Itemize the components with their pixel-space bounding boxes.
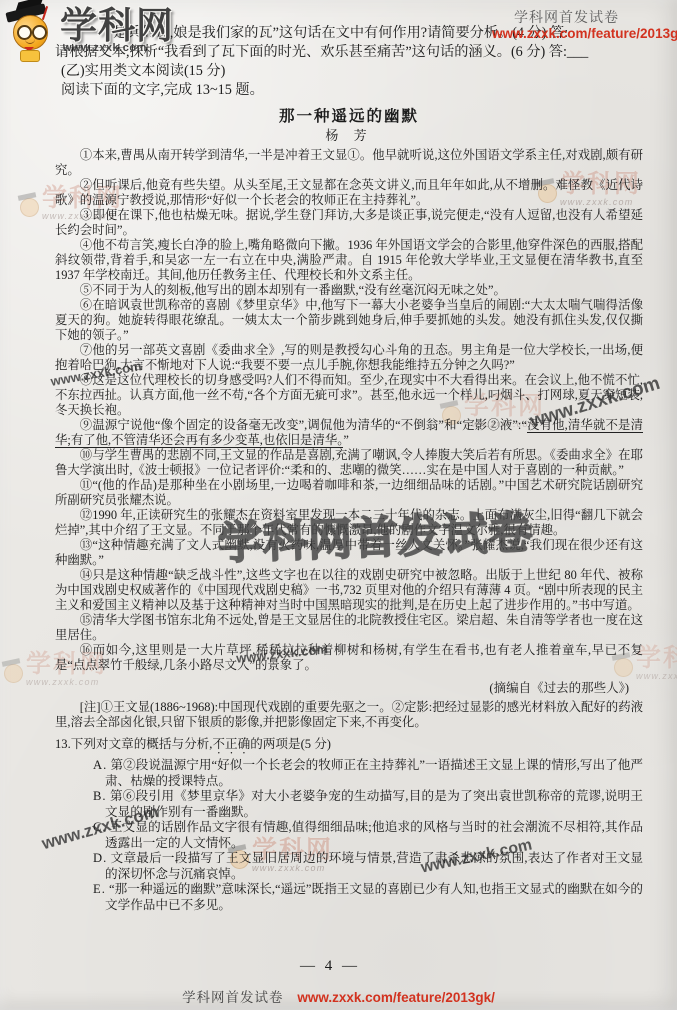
option-label: C. (93, 820, 107, 834)
passage-paragraph: ⑪“(他的作品)是那种坐在小剧场里,一边喝着咖啡和茶,一边细细品味的话剧。”中国… (55, 478, 643, 508)
passage-paragraph: ⑯而如今,这里则是一大片草坪,稀稀拉拉种着柳树和杨树,有学生在看书,也有老人推着… (55, 643, 643, 673)
passage-paragraph: ③即便在课下,他也枯燥无味。据说,学生登门拜访,大多是谈正事,说完便走,“没有人… (55, 208, 643, 238)
text-segment: ⑦他的另一部英文喜剧《委曲求全》,写的则是教授勾心斗角的丑态。男主角是一位大学校… (55, 343, 643, 372)
header-feature-url[interactable]: www.zxxk.com/feature/2013gk/ (492, 26, 677, 41)
q13-option: A. 第②段说温源宁用“好似一个长老会的牧师正在主持葬礼”一语描述王文显上课的情… (55, 758, 643, 789)
passage-source: (摘编自《过去的那些人》) (55, 681, 643, 696)
option-text: 文章最后一段描写了王文显旧居周边的环境与情景,营造了肃杀悲凉的氛围,表达了作者对… (105, 851, 643, 881)
text-segment: ⑥在暗讽袁世凯称帝的喜剧《梦里京华》中,他写下一幕大小老婆争当皇后的闹剧:“大太… (55, 298, 643, 342)
text-segment: ①本来,曹禺从南开转学到清华,一半是冲着王文显①。他早就听说,这位外国语文学系主… (55, 148, 643, 177)
passage-paragraph: ⑭只是这种情趣“缺乏战斗性”,这些文字也在以往的戏剧史研究中被忽略。出版于上世纪… (55, 568, 643, 613)
text-segment: ⑭只是这种情趣“缺乏战斗性”,这些文字也在以往的戏剧史研究中被忽略。出版于上世纪… (55, 568, 643, 612)
q13-option: B. 第⑥段引用《梦里京华》对大小老婆争宠的生动描写,目的是为了突出袁世凯称帝的… (55, 789, 643, 820)
option-label: B. (93, 789, 107, 803)
passage-paragraph: ⑧这是这位代理校长的切身感受吗?人们不得而知。至少,在现实中不大看得出来。在会议… (55, 373, 643, 418)
text-segment: ⑯而如今,这里则是一大片草坪,稀稀拉拉种着柳树和杨树,有学生在看书,也有老人推着… (55, 643, 643, 672)
passage-paragraph: ④他不苟言笑,瘦长白净的脸上,嘴角略微向下撇。1936 年外国语文学会的合影里,… (55, 238, 643, 283)
text-segment: ⑬“这种情趣充满了文人式幽默,没有火药味,温厚中带着一丝人文关怀。”张耀杰说,“… (55, 538, 643, 567)
q13-option: D. 文章最后一段描写了王文显旧居周边的环境与情景,营造了肃杀悲凉的氛围,表达了… (55, 851, 643, 882)
text-segment: ⑤不同于为人的刻板,他写出的剧本却别有一番幽默,“没有丝毫沉闷无味之处”。 (80, 283, 506, 297)
passage-paragraph: ⑨温源宁说他“像个固定的设备毫无改变”,调侃他为清华的“不倒翁”和“定影②液”:… (55, 418, 643, 448)
text-segment: ⑫1990 年,正读研究生的张耀杰在资料室里发现一本二三十年代的杂志。上面布满灰… (55, 508, 643, 537)
option-text: 第②段说温源宁用“好似一个长老会的牧师正在主持葬礼”一语描述王文显上课的情形,写… (105, 758, 643, 788)
option-text: 第⑥段引用《梦里京华》对大小老婆争宠的生动描写,目的是为了突出袁世凯称帝的荒谬,… (105, 789, 643, 819)
footer-banner: 学科网首发试卷 (182, 990, 284, 1005)
footer-feature-url[interactable]: www.zxxk.com/feature/2013gk/ (297, 990, 495, 1005)
text-segment: ⑩与学生曹禺的悲剧不同,王文显的作品是喜剧,充满了嘲讽,令人捧腹大笑后若有所思。… (55, 448, 643, 477)
passage-paragraph: ⑮清华大学图书馆东北角不远处,曾是王文显居住的北院教授住宅区。梁启超、朱自清等学… (55, 613, 643, 643)
q13-options: A. 第②段说温源宁用“好似一个长老会的牧师正在主持葬礼”一语描述王文显上课的情… (55, 758, 643, 913)
text-segment: 的两项是(5 分) (250, 737, 331, 751)
header-banner: 学科网首发试卷 (514, 7, 619, 27)
page-number: — 4 — (0, 958, 660, 975)
zxxk-logo: 学科网 www.zxxk.com (4, 2, 174, 62)
option-label: D. (93, 851, 107, 865)
text-segment: ②但听课后,他竟有些失望。从头至尾,王文显都在念英文讲义,而且年年如此,从不增删… (55, 178, 643, 207)
option-text: 王文显的话剧作品文字很有情趣,值得细细品味;他追求的风格与当时的社会潮流不尽相符… (105, 820, 643, 850)
text-segment: ⑧这是这位代理校长的切身感受吗?人们不得而知。至少,在现实中不大看得出来。在会议… (55, 373, 643, 417)
question-line: (乙)实用类文本阅读(15 分) (55, 62, 643, 81)
q13-option: C. 王文显的话剧作品文字很有情趣,值得细细品味;他追求的风格与当时的社会潮流不… (55, 820, 643, 851)
option-label: E. (93, 882, 106, 896)
text-segment: ⑮清华大学图书馆东北角不远处,曾是王文显居住的北院教授住宅区。梁启超、朱自清等学… (55, 613, 643, 642)
passage-paragraph: ⑤不同于为人的刻板,他写出的剧本却别有一番幽默,“没有丝毫沉闷无味之处”。 (55, 283, 643, 298)
passage-paragraph: ⑩与学生曹禺的悲剧不同,王文显的作品是喜剧,充满了嘲讽,令人捧腹大笑后若有所思。… (55, 448, 643, 478)
text-segment: 13.下列对文章的概括与分析, (55, 737, 212, 751)
zxxk-mascot-icon (4, 2, 58, 62)
zxxk-mascot-icon (2, 658, 22, 682)
text-segment: ⑪“(他的作品)是那种坐在小剧场里,一边喝着咖啡和茶,一边细细品味的话剧。”中国… (55, 478, 643, 507)
page-content: 是兵的瓦,娘是我们家的瓦”这句话在文中有何作用?请简要分析。(4 分) 答:请根… (55, 24, 643, 913)
q13-stem: 13.下列对文章的概括与分析,不正确的两项是(5 分) (55, 736, 643, 757)
passage-body: ①本来,曹禺从南开转学到清华,一半是冲着王文显①。他早就听说,这位外国语文学系主… (55, 148, 643, 673)
text-segment: ④他不苟言笑,瘦长白净的脸上,嘴角略微向下撇。1936 年外国语文学会的合影里,… (55, 238, 643, 282)
zxxk-logo-text: 学科网 (60, 8, 174, 44)
text-segment: ③即便在课下,他也枯燥无味。据说,学生登门拜访,大多是谈正事,说完便走,“没有人… (55, 208, 643, 237)
exam-paper-page: 学科网首发试卷 www.zxxk.com/feature/2013gk/ 学科网… (0, 0, 677, 1010)
text-segment: ” (343, 433, 349, 447)
footer: 学科网首发试卷 www.zxxk.com/feature/2013gk/ (0, 986, 677, 1006)
passage-paragraph: ⑫1990 年,正读研究生的张耀杰在资料室里发现一本二三十年代的杂志。上面布满灰… (55, 508, 643, 538)
question-line: 阅读下面的文字,完成 13~15 题。 (55, 81, 643, 100)
passage-paragraph: ⑥在暗讽袁世凯称帝的喜剧《梦里京华》中,他写下一幕大小老婆争当皇后的闹剧:“大太… (55, 298, 643, 343)
passage-note: [注]①王文显(1886~1968):中国现代戏剧的重要先驱之一。②定影:把经过… (55, 700, 643, 730)
passage-paragraph: ⑦他的另一部英文喜剧《委曲求全》,写的则是教授勾心斗角的丑态。男主角是一位大学校… (55, 343, 643, 373)
passage-title: 那一种遥远的幽默 (55, 106, 643, 127)
option-text: “那一种遥远的幽默”意味深长,“遥远”既指王文显的喜剧已少有人知,也指王文显式的… (105, 882, 643, 912)
text-segment: ⑨温源宁说他“像个固定的设备毫无改变”,调侃他为清华的“不倒翁”和“定影②液”:… (80, 418, 527, 432)
q13-option: E. “那一种遥远的幽默”意味深长,“遥远”既指王文显的喜剧已少有人知,也指王文… (55, 882, 643, 913)
passage-paragraph: ②但听课后,他竟有些失望。从头至尾,王文显都在念英文讲义,而且年年如此,从不增删… (55, 178, 643, 208)
option-label: A. (93, 758, 107, 772)
passage-paragraph: ①本来,曹禺从南开转学到清华,一半是冲着王文显①。他早就听说,这位外国语文学系主… (55, 148, 643, 178)
passage-paragraph: ⑬“这种情趣充满了文人式幽默,没有火药味,温厚中带着一丝人文关怀。”张耀杰说,“… (55, 538, 643, 568)
zxxk-mascot-icon (18, 192, 38, 216)
text-segment: 不正确 (212, 737, 250, 751)
passage-author: 杨 芳 (55, 127, 643, 144)
